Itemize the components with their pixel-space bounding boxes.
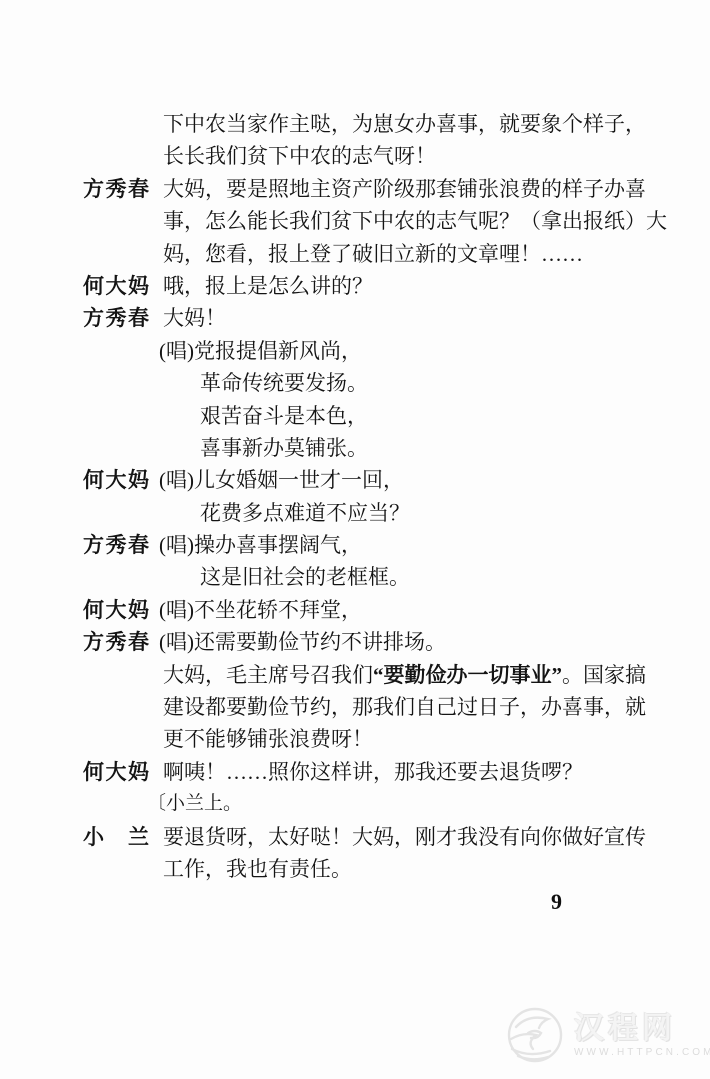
script-line: 小 兰要退货呀，太好哒！大妈，刚才我没有向你做好宣传: [0, 821, 710, 853]
script-line: 花费多点难道不应当？: [0, 497, 710, 529]
script-line: 何大妈啊咦！……照你这样讲，那我还要去退货啰？: [0, 756, 710, 788]
script-line: 方秀春大妈，要是照地主资产阶级那套铺张浪费的样子办喜: [0, 173, 710, 205]
script-line: 建设都要勤俭节约，那我们自己过日子，办喜事，就: [0, 691, 710, 723]
line-text: 建设都要勤俭节约，那我们自己过日子，办喜事，就: [163, 691, 710, 723]
script-line: 下中农当家作主哒，为崽女办喜事，就要象个样子，: [0, 108, 710, 140]
line-text: 下中农当家作主哒，为崽女办喜事，就要象个样子，: [163, 108, 710, 140]
script-line: 更不能够铺张浪费呀！: [0, 723, 710, 755]
line-text: (唱)儿女婚姻一世才一回，: [159, 464, 710, 496]
script-line: 大妈，毛主席号召我们“要勤俭办一切事业”。国家搞: [0, 659, 710, 691]
script-line: 妈，您看，报上登了破旧立新的文章哩！……: [0, 238, 710, 270]
page-number: 9: [551, 889, 563, 915]
script-line: 何大妈(唱)儿女婚姻一世才一回，: [0, 464, 710, 496]
speaker-name: 小 兰: [83, 821, 151, 853]
script-line: 〔小兰上。: [0, 788, 710, 820]
line-text: (唱)操办喜事摆阔气，: [159, 529, 710, 561]
script-line: 方秀春(唱)还需要勤俭节约不讲排场。: [0, 626, 710, 658]
speaker-name: 方秀春: [83, 302, 151, 334]
speaker-name: 何大妈: [83, 594, 151, 626]
speaker-name: 何大妈: [83, 756, 151, 788]
line-text: (唱)党报提倡新风尚，: [159, 335, 710, 367]
script-line: 这是旧社会的老框框。: [0, 561, 710, 593]
line-text: 艰苦奋斗是本色，: [200, 400, 710, 432]
script-line: 何大妈哦，报上是怎么讲的？: [0, 270, 710, 302]
line-text: 花费多点难道不应当？: [200, 497, 710, 529]
line-text: 啊咦！……照你这样讲，那我还要去退货啰？: [163, 756, 710, 788]
script-body: 下中农当家作主哒，为崽女办喜事，就要象个样子，长长我们贫下中农的志气呀！方秀春大…: [0, 108, 710, 885]
line-text: 革命传统要发扬。: [200, 367, 710, 399]
speaker-name: 方秀春: [83, 626, 151, 658]
speaker-name: 何大妈: [83, 464, 151, 496]
script-line: 方秀春大妈！: [0, 302, 710, 334]
speaker-name: 方秀春: [83, 173, 151, 205]
line-text: 要退货呀，太好哒！大妈，刚才我没有向你做好宣传: [163, 821, 710, 853]
watermark-url: WWW.HTTPCN.COM: [574, 1047, 710, 1058]
script-line: 长长我们贫下中农的志气呀！: [0, 140, 710, 172]
line-text: 这是旧社会的老框框。: [200, 561, 710, 593]
line-text: 哦，报上是怎么讲的？: [163, 270, 710, 302]
script-line: 革命传统要发扬。: [0, 367, 710, 399]
line-text: 大妈，要是照地主资产阶级那套铺张浪费的样子办喜: [163, 173, 710, 205]
watermark-text-column: 汉程网 WWW.HTTPCN.COM: [574, 1012, 710, 1058]
line-text: 大妈，毛主席号召我们“要勤俭办一切事业”。国家搞: [163, 659, 710, 691]
line-text: 大妈！: [163, 302, 710, 334]
script-line: 方秀春(唱)操办喜事摆阔气，: [0, 529, 710, 561]
script-line: 工作，我也有责任。: [0, 853, 710, 885]
book-page: 下中农当家作主哒，为崽女办喜事，就要象个样子，长长我们贫下中农的志气呀！方秀春大…: [0, 0, 710, 1079]
line-text: (唱)还需要勤俭节约不讲排场。: [159, 626, 710, 658]
script-line: 何大妈(唱)不坐花轿不拜堂，: [0, 594, 710, 626]
watermark-site-name: 汉程网: [574, 1012, 676, 1046]
line-text: (唱)不坐花轿不拜堂，: [159, 594, 710, 626]
script-line: 喜事新办莫铺张。: [0, 432, 710, 464]
speaker-name: 方秀春: [83, 529, 151, 561]
line-text: 事，怎么能长我们贫下中农的志气呢？（拿出报纸）大: [163, 205, 710, 237]
line-text: 〔小兰上。: [147, 788, 710, 820]
line-text: 工作，我也有责任。: [163, 853, 710, 885]
dragon-circle-logo-icon: [498, 1003, 570, 1067]
line-text: 喜事新办莫铺张。: [200, 432, 710, 464]
script-line: 艰苦奋斗是本色，: [0, 400, 710, 432]
watermark: 汉程网 WWW.HTTPCN.COM: [498, 1000, 703, 1070]
speaker-name: 何大妈: [83, 270, 151, 302]
line-text: 长长我们贫下中农的志气呀！: [163, 140, 710, 172]
line-text: 妈，您看，报上登了破旧立新的文章哩！……: [163, 238, 710, 270]
script-line: (唱)党报提倡新风尚，: [0, 335, 710, 367]
script-line: 事，怎么能长我们贫下中农的志气呢？（拿出报纸）大: [0, 205, 710, 237]
line-text: 更不能够铺张浪费呀！: [163, 723, 710, 755]
